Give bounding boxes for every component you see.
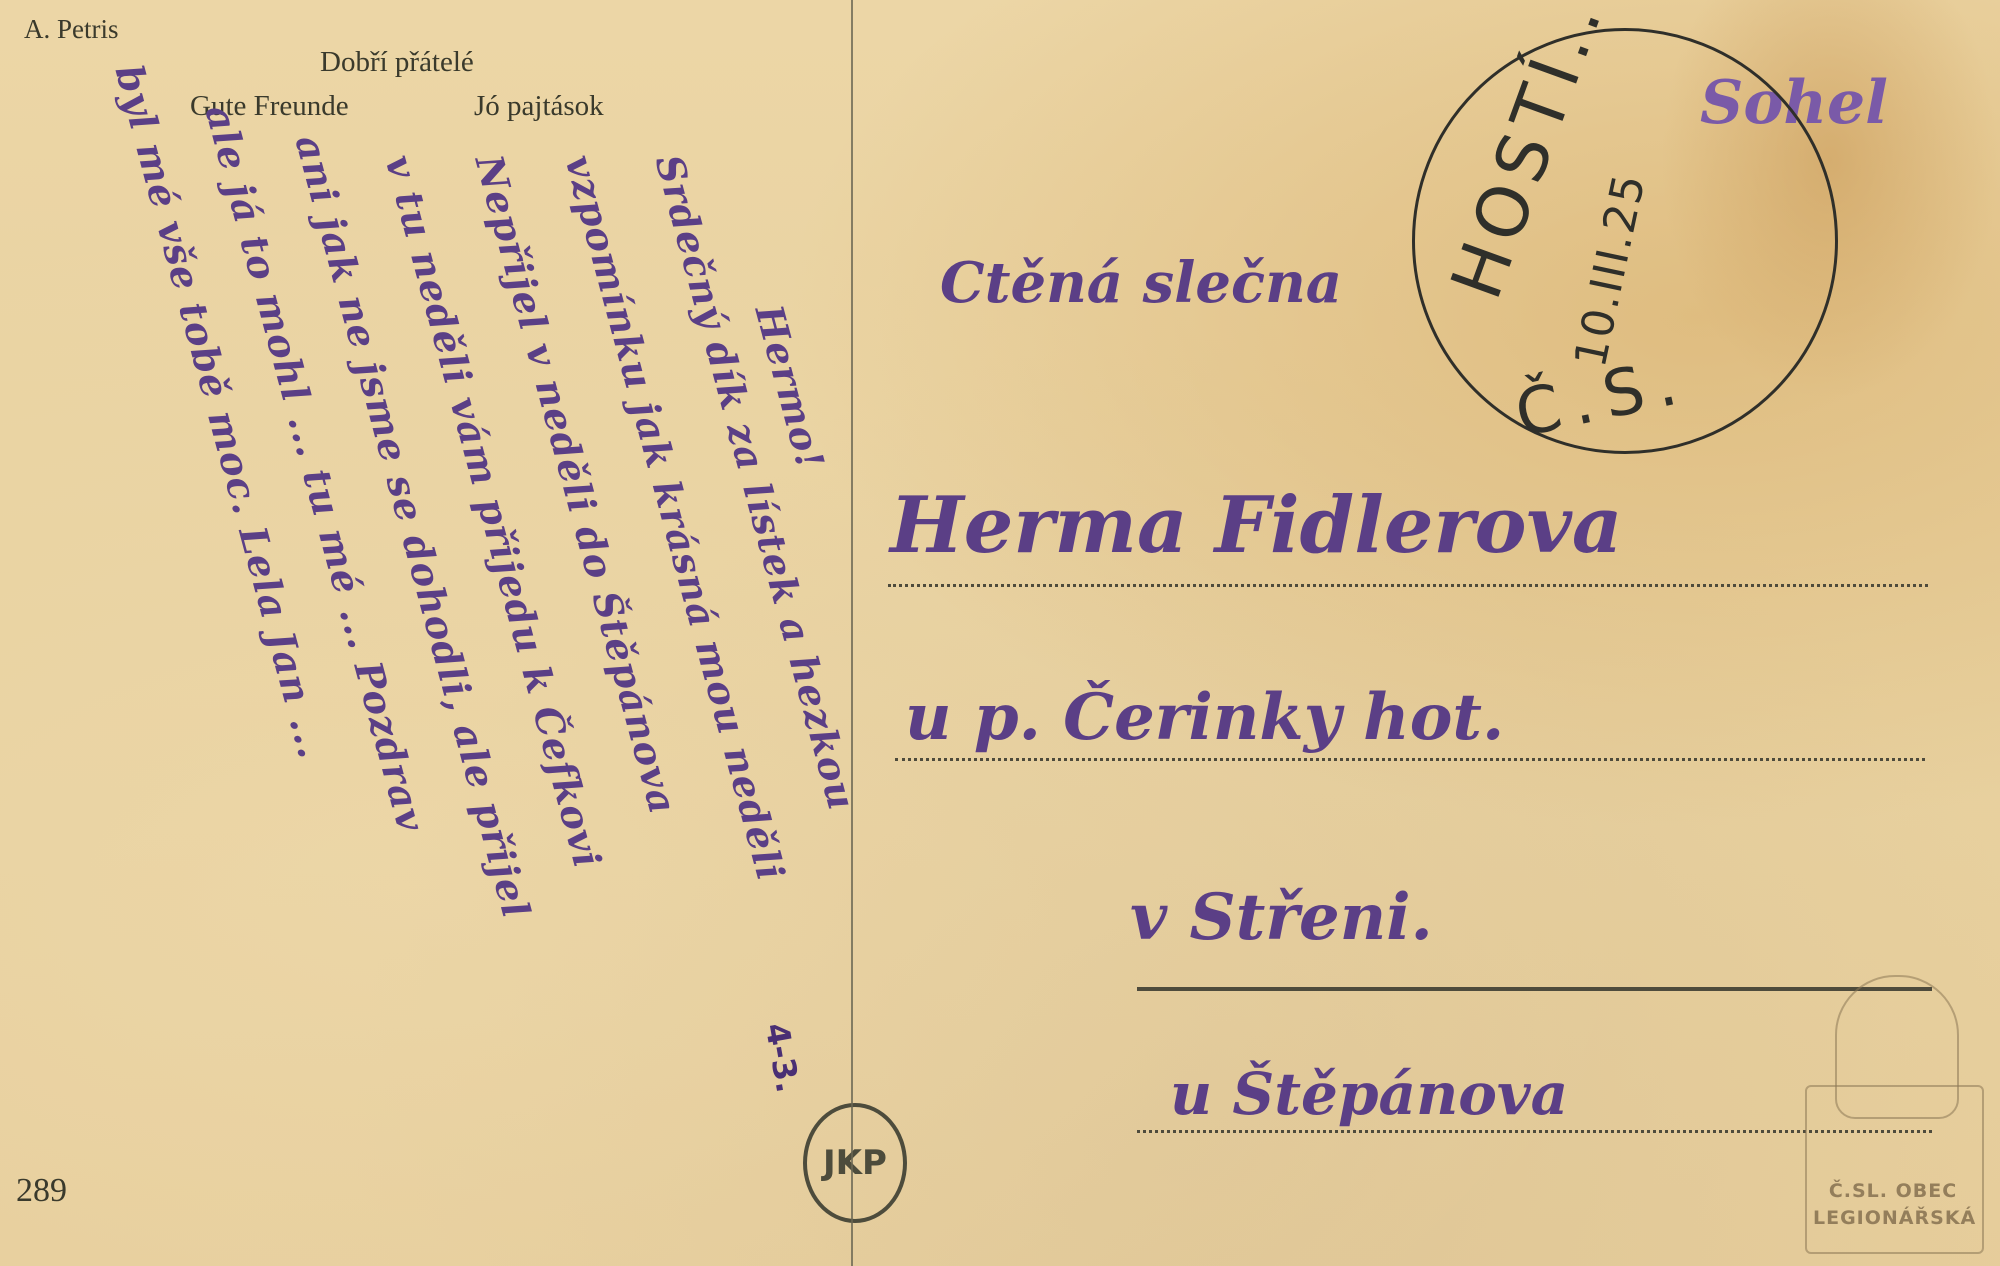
address-town: v Střeni. bbox=[1130, 880, 1433, 955]
address-care-of: u p. Čerinky hot. bbox=[905, 680, 1504, 755]
divider-line bbox=[851, 0, 853, 1266]
side-note: 4-3. bbox=[758, 1020, 808, 1096]
address-line-1 bbox=[888, 584, 1928, 587]
title-czech: Dobří přátelé bbox=[320, 46, 474, 79]
address-recipient: Herma Fidlerova bbox=[890, 480, 1622, 571]
title-hungarian: Jó pajtások bbox=[474, 90, 604, 123]
emblem-line-2: LEGIONÁŘSKÁ bbox=[1813, 1207, 1973, 1229]
legionnaire-emblem-icon: Č.SL. OBEC LEGIONÁŘSKÁ bbox=[1805, 975, 1980, 1250]
postmark-country: Č.S. bbox=[1509, 344, 1695, 453]
jkp-monogram-icon: JKP bbox=[803, 1103, 907, 1223]
serial-number: 289 bbox=[16, 1172, 67, 1210]
emblem-line-1: Č.SL. OBEC bbox=[1813, 1180, 1973, 1202]
postcard: Sohel A. Petris Dobří přátelé Gute Freun… bbox=[0, 0, 2000, 1266]
publisher-name: A. Petris bbox=[24, 14, 119, 45]
address-salutation: Ctěná slečna bbox=[940, 250, 1342, 316]
address-line-2 bbox=[895, 758, 1925, 761]
postmark-date: 10.III.25 bbox=[1565, 168, 1656, 371]
address-district: u Štěpánova bbox=[1170, 1060, 1568, 1128]
circular-postmark-icon: HOSTÍ... 10.III.25 Č.S. bbox=[1412, 28, 1838, 454]
